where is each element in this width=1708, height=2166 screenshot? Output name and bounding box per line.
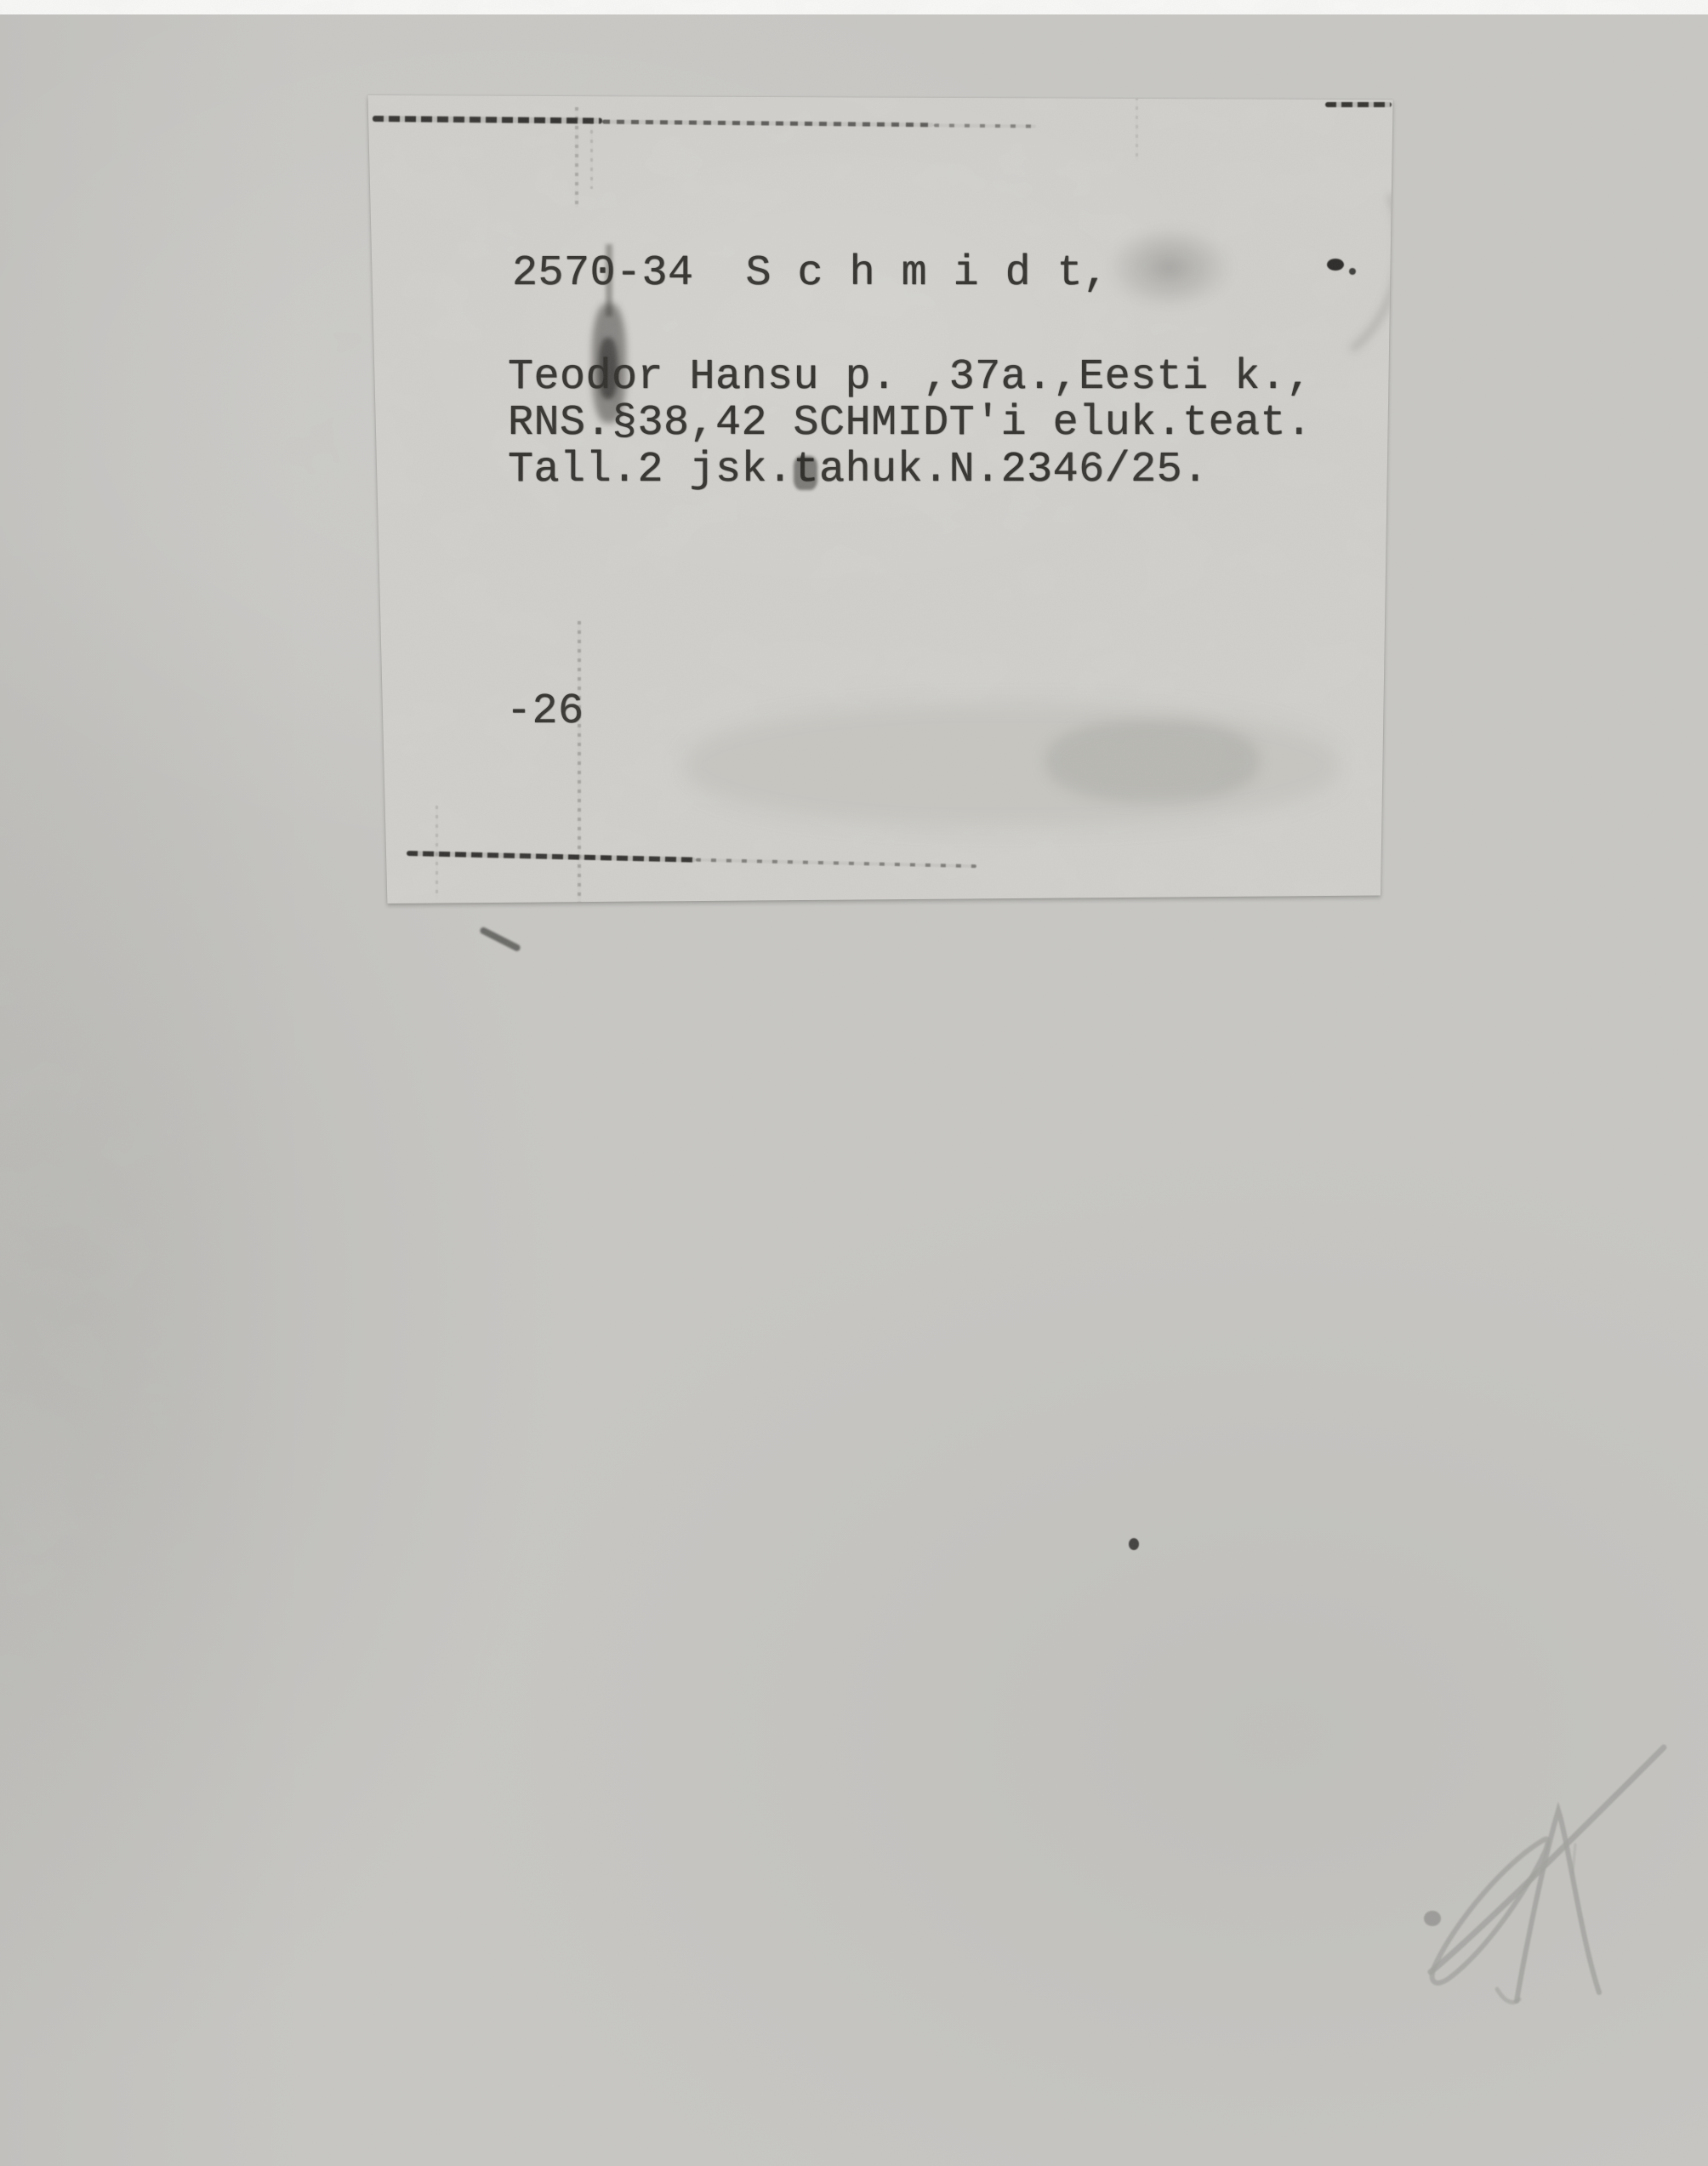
ink-streak xyxy=(590,121,593,189)
ink-streak xyxy=(436,806,438,899)
ink-blob-dot xyxy=(1349,268,1356,275)
top-right-edge-ink-line xyxy=(1325,102,1392,107)
pencil-hairline xyxy=(1573,1844,1575,1873)
top-edge-ink-line xyxy=(373,116,1342,134)
typed-line-4: Tall.2 jsk.tahuk.N.2346/25. xyxy=(508,447,1209,493)
ink-line-segment xyxy=(373,116,602,124)
stain-band-core xyxy=(1046,721,1259,801)
pencil-loop xyxy=(1432,1839,1548,1983)
typed-number-note: -26 xyxy=(506,689,584,735)
ink-line-segment xyxy=(602,120,934,128)
ink-line-segment xyxy=(934,123,1036,128)
pasted-label: 2570-34 S c h m i d t, Teodor Hansu p. ,… xyxy=(366,95,1395,903)
pasted-label-wrap: 2570-34 S c h m i d t, Teodor Hansu p. ,… xyxy=(366,95,1395,903)
ink-streak xyxy=(1136,97,1138,161)
pencil-scribble xyxy=(1378,1719,1693,2059)
stain-blotch xyxy=(1085,210,1255,325)
typed-line-2: Teodor Hansu p. ,37a.,Eesti k., xyxy=(508,355,1312,401)
typed-line-1: 2570-34 S c h m i d t, xyxy=(512,251,1109,297)
stain-band xyxy=(685,704,1340,827)
typed-line-3: RNS.§38,42 SCHMIDT'i eluk.teat. xyxy=(508,401,1312,447)
pencil-lambda xyxy=(1517,1810,1599,2001)
ink-line-segment xyxy=(407,851,696,863)
ink-blob xyxy=(1327,259,1344,271)
ink-streak xyxy=(575,107,578,208)
bottom-edge-ink-line xyxy=(407,851,985,872)
pencil-blob xyxy=(1424,1911,1441,1926)
ink-line-segment xyxy=(696,858,976,868)
scan-page: 2570-34 S c h m i d t, Teodor Hansu p. ,… xyxy=(0,0,1708,2166)
stain-arc xyxy=(1218,134,1426,386)
ink-streak xyxy=(578,621,581,903)
